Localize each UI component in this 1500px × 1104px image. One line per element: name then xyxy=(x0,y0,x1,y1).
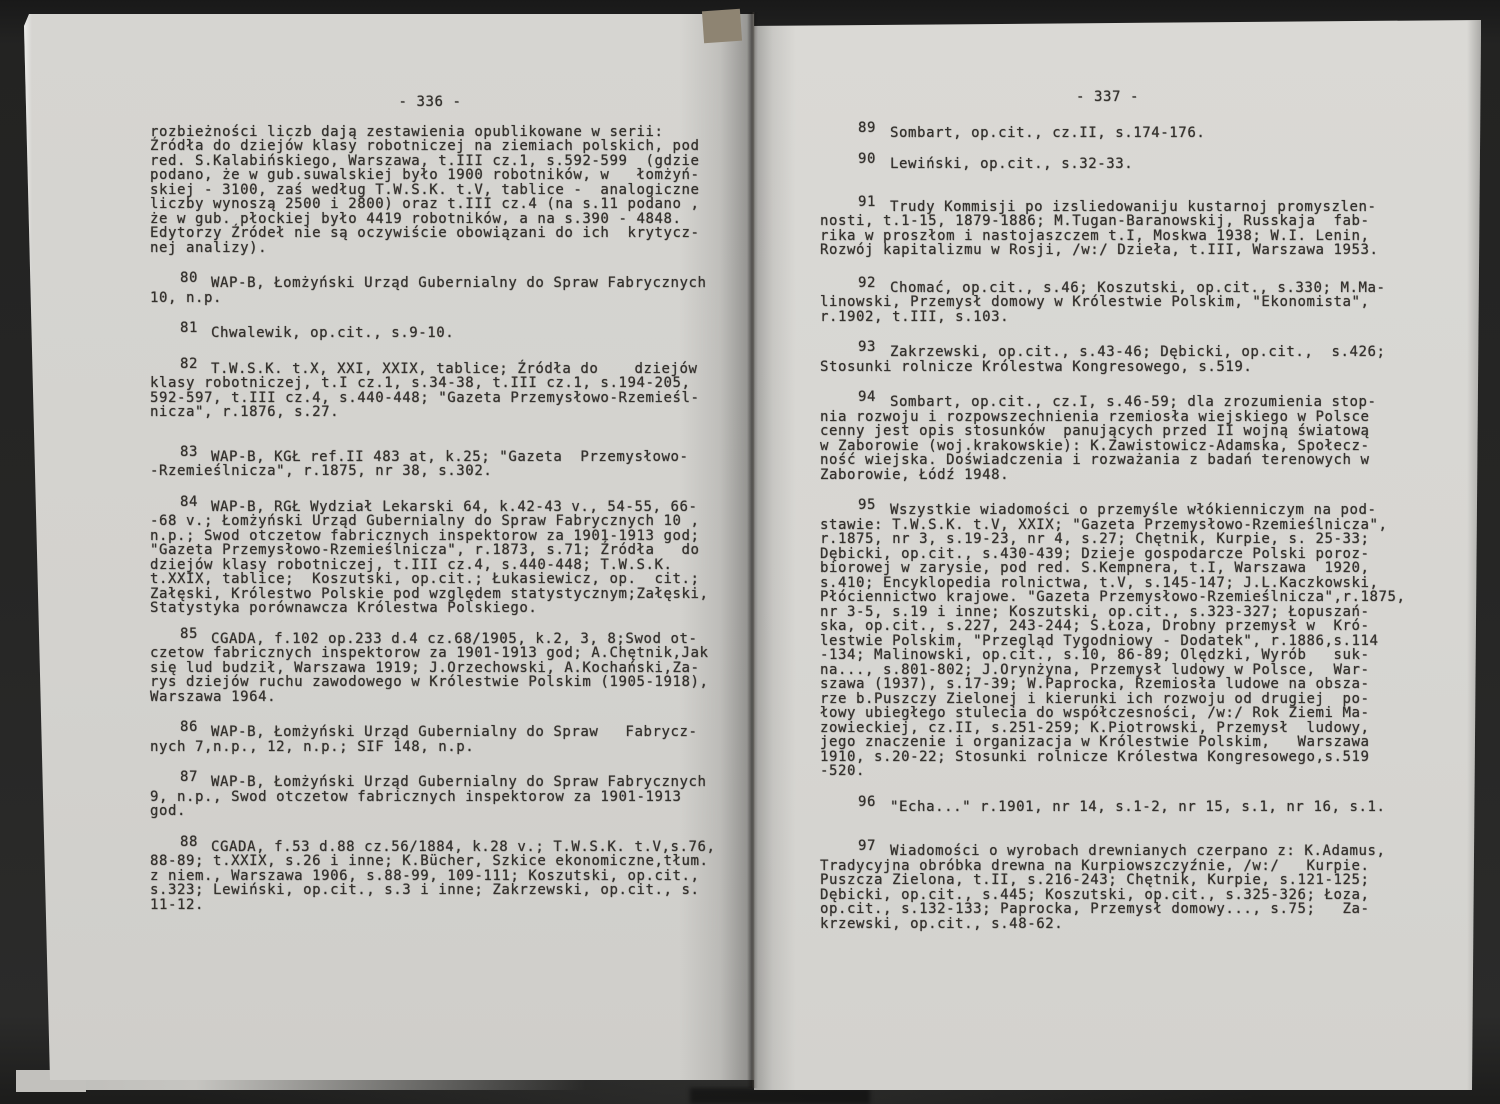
footnote-number: 80 xyxy=(180,271,198,286)
page-left-edge-highlight xyxy=(24,14,33,1080)
page-right-text-column: - 337 - 89Sombart, op.cit., cz.II, s.174… xyxy=(820,90,1395,931)
footnote-number: 83 xyxy=(180,445,198,460)
book-scan: - 336 - rozbieżności liczb dają zestawie… xyxy=(0,0,1500,1104)
page-left-text-column: - 336 - rozbieżności liczb dają zestawie… xyxy=(150,95,725,912)
footnote: 89Sombart, op.cit., cz.II, s.174-176. xyxy=(820,126,1395,141)
footnote-text: Chomać, op.cit., s.46; Koszutski, op.cit… xyxy=(820,280,1386,325)
footnote: 86WAP-B, Łomżyński Urząd Gubernialny do … xyxy=(150,725,725,754)
footnote-text: WAP-B, Łomżyński Urząd Gubernialny do Sp… xyxy=(150,724,698,755)
footnote: 97Wiadomości o wyrobach drewnianych czer… xyxy=(820,844,1395,931)
footnote: 85CGADA, f.102 op.233 d.4 cz.68/1905, k.… xyxy=(150,632,725,705)
footnote-text: Sombart, op.cit., cz.II, s.174-176. xyxy=(890,125,1205,141)
footnote-text: Chwalewik, op.cit., s.9-10. xyxy=(211,325,454,341)
footnote-text: T.W.S.K. t.X, XXI, XXIX, tablice; Źródła… xyxy=(150,361,700,421)
footnote-text: Sombart, op.cit., cz.I, s.46-59; dla zro… xyxy=(820,394,1377,483)
footnote-text: WAP-B, Łomżyński Urząd Gubernialny do Sp… xyxy=(150,774,707,819)
page-right: - 337 - 89Sombart, op.cit., cz.II, s.174… xyxy=(754,20,1481,1090)
intro-paragraph: rozbieżności liczb dają zestawienia opub… xyxy=(150,125,725,256)
footnote: 90Lewiński, op.cit., s.32-33. xyxy=(820,157,1395,172)
spine-bottom-shadow xyxy=(690,1088,870,1104)
footnote: 96"Echa..." r.1901, nr 14, s.1-2, nr 15,… xyxy=(820,800,1395,815)
footnote: 91Trudy Kommisji po izsliedowaniju kusta… xyxy=(820,200,1395,258)
page-right-gutter-shadow xyxy=(754,20,796,1090)
footnote-text: Wszystkie wiadomości o przemyśle włókien… xyxy=(820,502,1406,779)
footnote: 94Sombart, op.cit., cz.I, s.46-59; dla z… xyxy=(820,395,1395,482)
footnote: 93Zakrzewski, op.cit., s.43-46; Dębicki,… xyxy=(820,345,1395,374)
footnote-text: WAP-B, RGŁ Wydział Lekarski 64, k.42-43 … xyxy=(150,499,709,617)
footnote-number: 85 xyxy=(180,627,198,642)
binding-tape xyxy=(702,9,742,44)
footnote-number: 96 xyxy=(858,795,876,810)
footnote-text: WAP-B, Łomżyński Urząd Gubernialny do Sp… xyxy=(150,275,707,306)
footnote-number: 93 xyxy=(858,340,876,355)
footnote-text: Trudy Kommisji po izsliedowaniju kustarn… xyxy=(820,199,1379,259)
footnote-text: Lewiński, op.cit., s.32-33. xyxy=(890,156,1133,172)
page-right-edge-shadow xyxy=(1467,20,1481,1090)
footnote-number: 91 xyxy=(858,195,876,210)
footnote-text: CGADA, f.53 d.88 cz.56/1884, k.28 v.; T.… xyxy=(150,839,716,913)
footnote: 81Chwalewik, op.cit., s.9-10. xyxy=(150,326,725,341)
footnote-number: 90 xyxy=(858,152,876,167)
footnote-number: 82 xyxy=(180,357,198,372)
footnote: 82T.W.S.K. t.X, XXI, XXIX, tablice; Źród… xyxy=(150,362,725,420)
footnote-number: 84 xyxy=(180,495,198,510)
footnote-number: 95 xyxy=(858,498,876,513)
footnote-number: 92 xyxy=(858,276,876,291)
footnote: 80WAP-B, Łomżyński Urząd Gubernialny do … xyxy=(150,276,725,305)
footnote-text: CGADA, f.102 op.233 d.4 cz.68/1905, k.2,… xyxy=(150,631,709,705)
footnote-number: 89 xyxy=(858,121,876,136)
footnote: 83WAP-B, KGŁ ref.II 483 at, k.25; "Gazet… xyxy=(150,450,725,479)
footnote-text: Zakrzewski, op.cit., s.43-46; Dębicki, o… xyxy=(820,344,1386,375)
footnote-number: 88 xyxy=(180,835,198,850)
footnote-number: 81 xyxy=(180,321,198,336)
footnote: 84WAP-B, RGŁ Wydział Lekarski 64, k.42-4… xyxy=(150,500,725,616)
footnote-number: 94 xyxy=(858,390,876,405)
footnote: 92Chomać, op.cit., s.46; Koszutski, op.c… xyxy=(820,281,1395,325)
footnote-number: 86 xyxy=(180,720,198,735)
footnote: 95Wszystkie wiadomości o przemyśle włóki… xyxy=(820,503,1395,779)
footnote-text: WAP-B, KGŁ ref.II 483 at, k.25; "Gazeta … xyxy=(150,449,689,480)
footnote-number: 87 xyxy=(180,770,198,785)
footnote-number: 97 xyxy=(858,839,876,854)
footnote: 88CGADA, f.53 d.88 cz.56/1884, k.28 v.; … xyxy=(150,840,725,913)
footnote-text: Wiadomości o wyrobach drewnianych czerpa… xyxy=(820,843,1386,932)
footnote-text: "Echa..." r.1901, nr 14, s.1-2, nr 15, s… xyxy=(890,799,1385,815)
spine-crease xyxy=(747,12,758,1088)
page-number: - 337 - xyxy=(820,90,1395,105)
page-number: - 336 - xyxy=(150,95,710,110)
footnote: 87WAP-B, Łomżyński Urząd Gubernialny do … xyxy=(150,775,725,819)
page-left: - 336 - rozbieżności liczb dają zestawie… xyxy=(24,14,754,1080)
